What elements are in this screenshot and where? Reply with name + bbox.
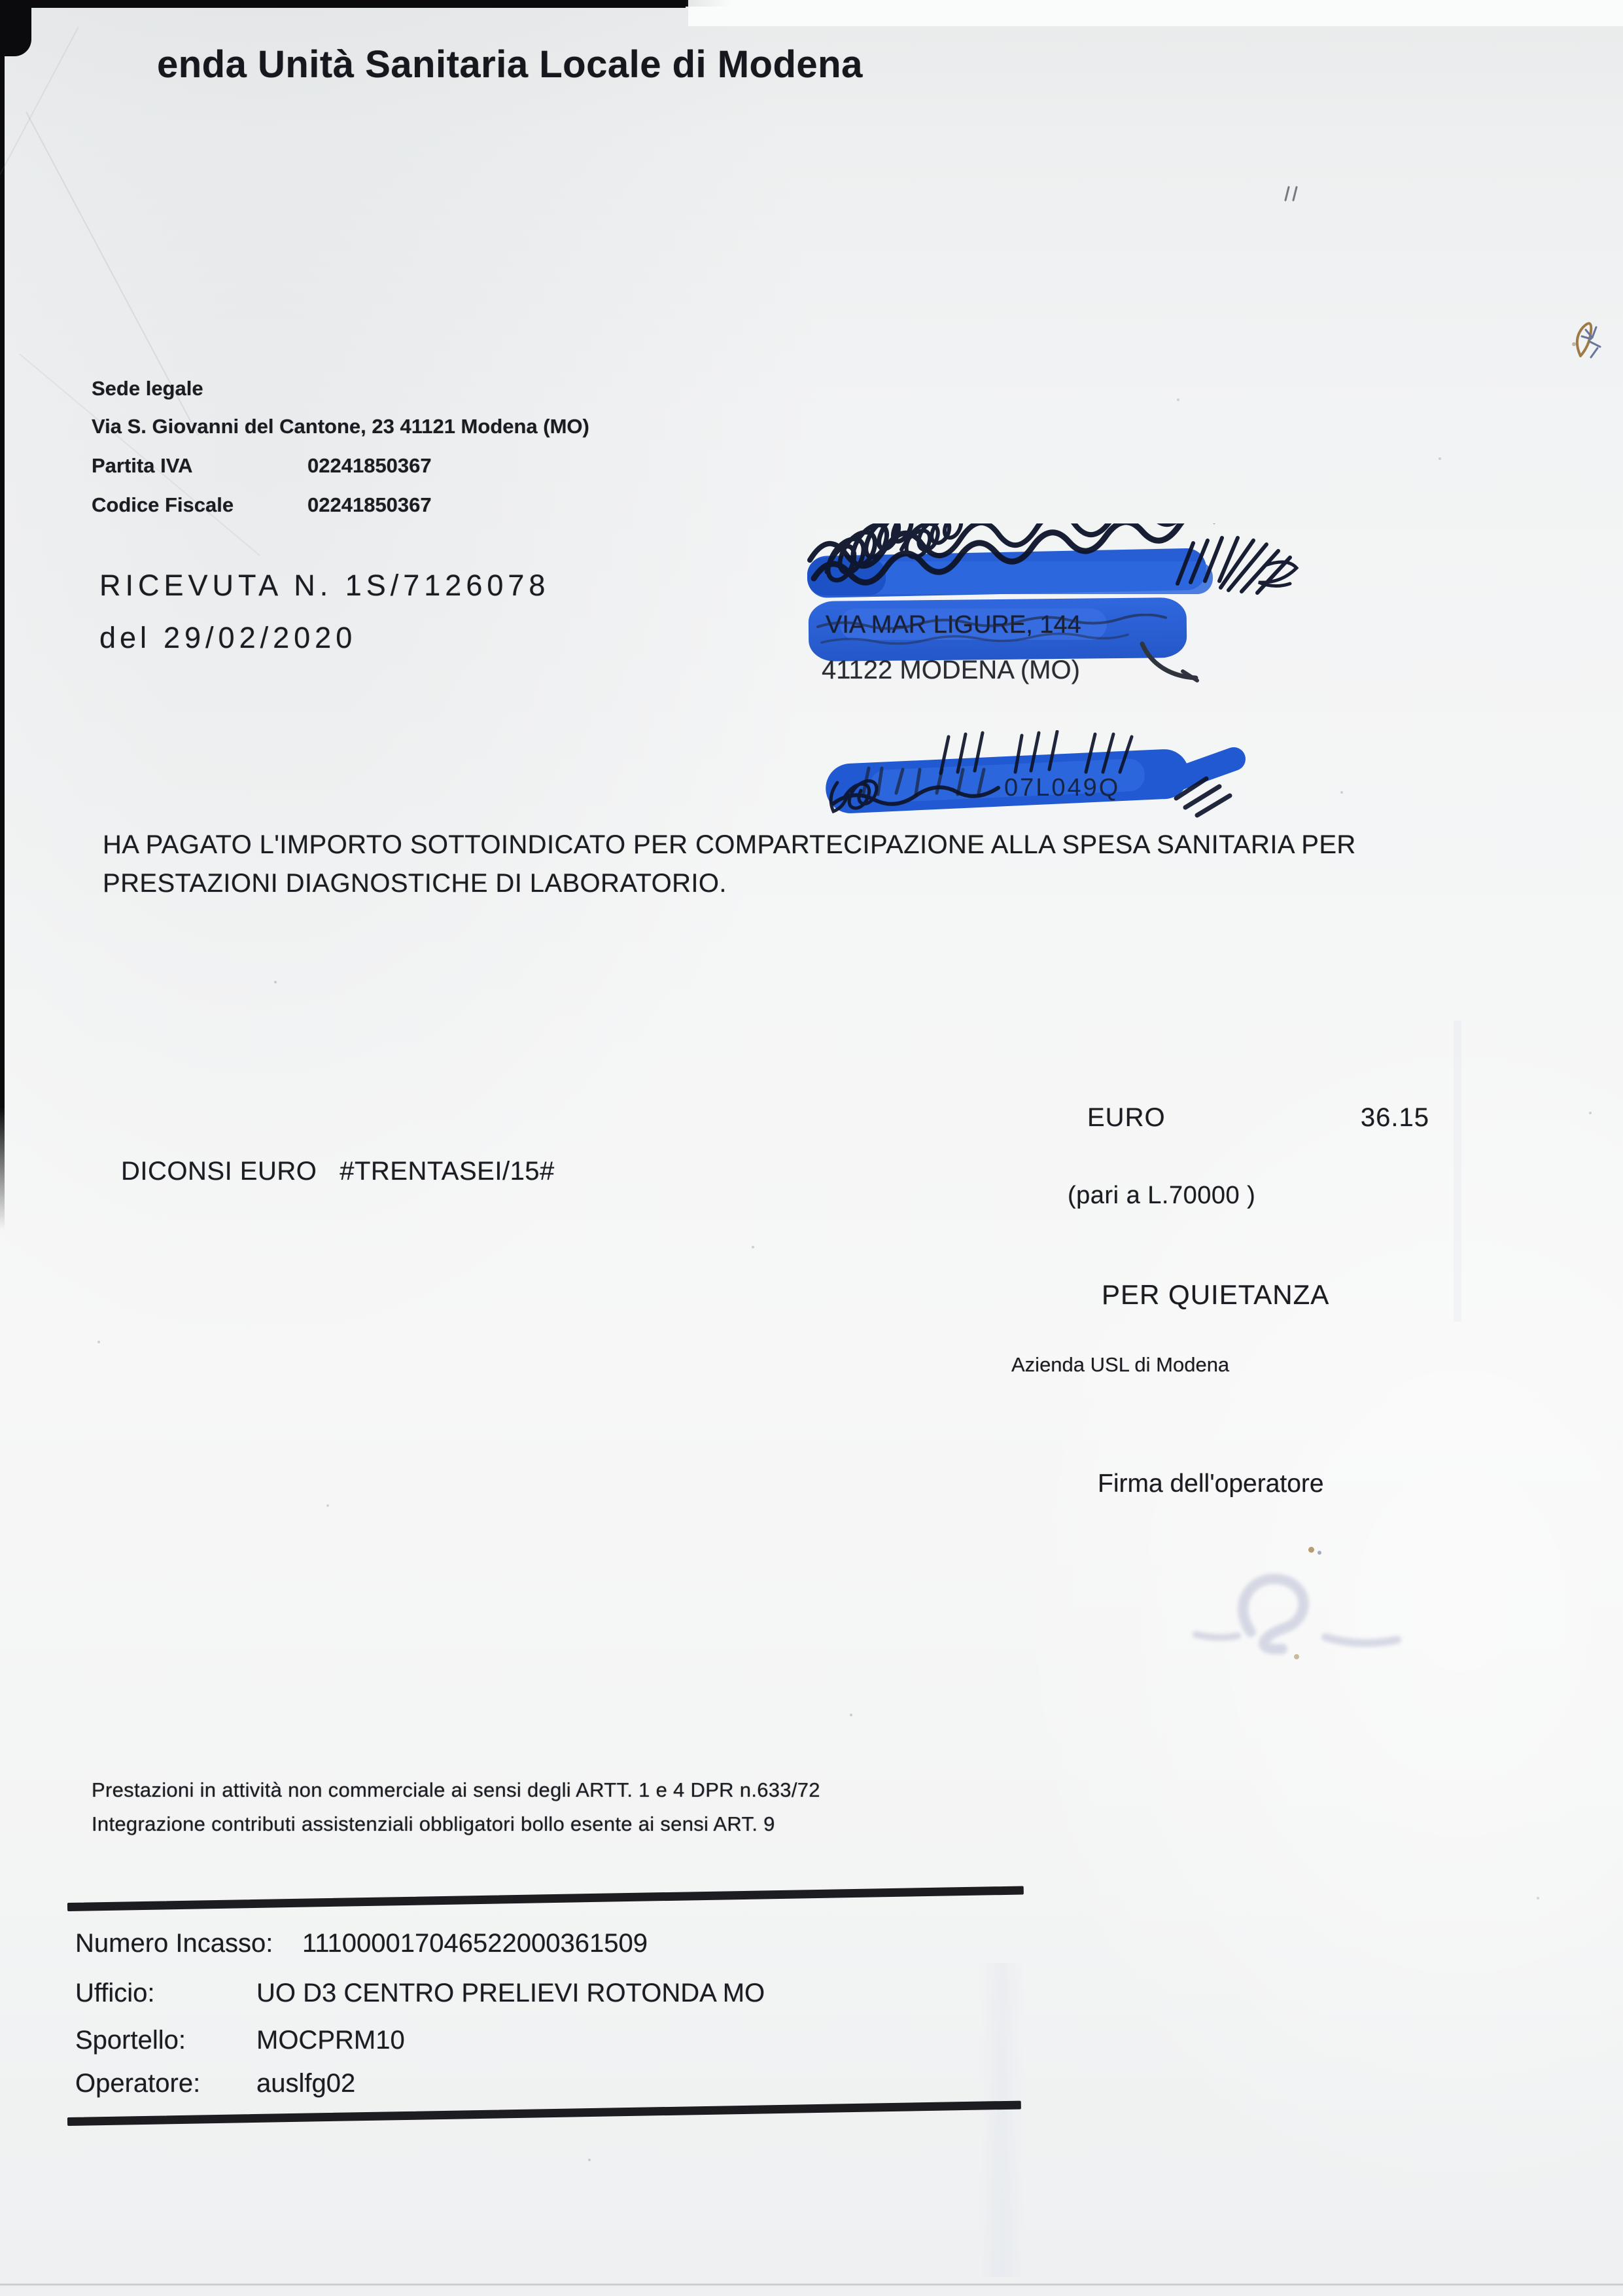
fiscal-code-fragment: 07L049Q: [1004, 774, 1120, 802]
ufficio-label: Ufficio:: [75, 1980, 155, 2006]
separator-line-top: [67, 1886, 1024, 1911]
sportello-value: MOCPRM10: [256, 2027, 405, 2053]
faint-signature-smudge: [1185, 1556, 1493, 1677]
operatore-label: Operatore:: [75, 2070, 200, 2096]
ink-dot: [1308, 1547, 1314, 1553]
receipt-date-value: 29/02/2020: [164, 623, 357, 652]
amount-value: 36.15: [1308, 1104, 1429, 1131]
sportello-label: Sportello:: [75, 2027, 186, 2053]
per-quietanza-title: PER QUIETANZA: [1102, 1281, 1329, 1309]
scan-left-edge: [0, 0, 5, 1230]
payment-statement: HA PAGATO L'IMPORTO SOTTOINDICATO PER CO…: [103, 826, 1476, 903]
amount-in-words: DICONSI EURO #TRENTASEI/15#: [121, 1158, 555, 1184]
currency-label: EURO: [1087, 1104, 1166, 1131]
scan-noise-speckles: [0, 0, 1, 1]
partita-iva-label: Partita IVA: [92, 455, 192, 476]
pen-tick-mark: [1137, 640, 1202, 692]
separator-line-bottom: [67, 2101, 1021, 2126]
receipt-number: RICEVUTA N. 1S/7126078: [99, 571, 550, 600]
sede-legale-label: Sede legale: [92, 378, 203, 398]
pen-mark-quotes: [1283, 185, 1306, 207]
issuer-name: Azienda USL di Modena: [1011, 1354, 1229, 1375]
redacted-fiscal-code-block: 07L049Q: [818, 730, 1249, 832]
scan-bottom-line: [0, 2284, 1623, 2286]
scan-corner-artifact: [0, 0, 31, 56]
numero-incasso-label: Numero Incasso:: [75, 1930, 273, 1956]
tax-note-line2: Integrazione contributi assistenziali ob…: [92, 1814, 775, 1834]
tax-note-line1: Prestazioni in attività non commerciale …: [92, 1780, 820, 1800]
lire-equivalent-note: (pari a L.70000 ): [1068, 1183, 1255, 1208]
ink-smudge-mark: [1562, 318, 1605, 367]
organization-title: enda Unità Sanitaria Locale di Modena: [157, 46, 863, 84]
ink-dot: [1318, 1551, 1321, 1555]
pen-strike-street: [816, 614, 1189, 656]
scan-top-edge: [0, 0, 686, 8]
operatore-value: auslfg02: [256, 2070, 355, 2096]
codice-fiscale-label: Codice Fiscale: [92, 495, 234, 515]
receipt-date-label: del: [99, 623, 150, 652]
ufficio-value: UO D3 CENTRO PRELIEVI ROTONDA MO: [256, 1980, 765, 2006]
numero-incasso-value: 111000017046522000361509: [302, 1930, 648, 1956]
scan-streak: [1454, 1021, 1461, 1322]
codice-fiscale-value: 02241850367: [307, 495, 432, 515]
ink-dot: [1294, 1654, 1299, 1659]
partita-iva-value: 02241850367: [307, 455, 432, 476]
operator-signature-label: Firma dell'operatore: [1098, 1471, 1324, 1496]
scan-streak: [979, 1963, 1024, 2277]
scan-topright-band: [688, 0, 1623, 26]
recipient-city: 41122 MODENA (MO): [822, 657, 1080, 683]
scanned-receipt-page: enda Unità Sanitaria Locale di Modena Se…: [0, 0, 1623, 2296]
sede-legale-address: Via S. Giovanni del Cantone, 23 41121 Mo…: [92, 416, 589, 436]
